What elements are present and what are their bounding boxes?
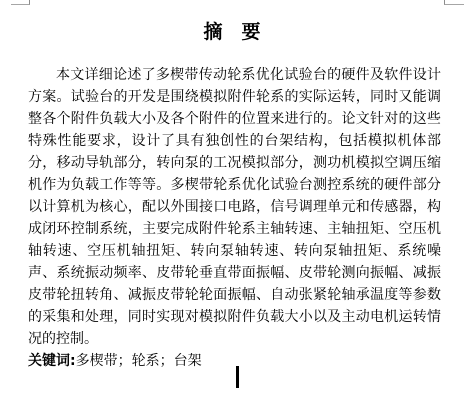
abstract-paragraph: 本文详细论述了多楔带传动轮系优化试验台的硬件及软件设计方案。试验台的开发是围绕模… [28,64,441,350]
keywords-line: 关键词:多楔带；轮系；台架 [28,350,441,372]
keywords-label: 关键词: [28,353,76,369]
document-page[interactable]: 摘 要 本文详细论述了多楔带传动轮系优化试验台的硬件及软件设计方案。试验台的开发… [0,0,464,416]
text-boundary-mark-top-right [444,0,464,5]
text-cursor [236,366,239,388]
page-title: 摘 要 [0,20,464,44]
keywords-value: 多楔带；轮系；台架 [76,353,202,369]
text-boundary-mark-top-left [11,0,30,5]
abstract-body: 本文详细论述了多楔带传动轮系优化试验台的硬件及软件设计方案。试验台的开发是围绕模… [28,64,441,372]
